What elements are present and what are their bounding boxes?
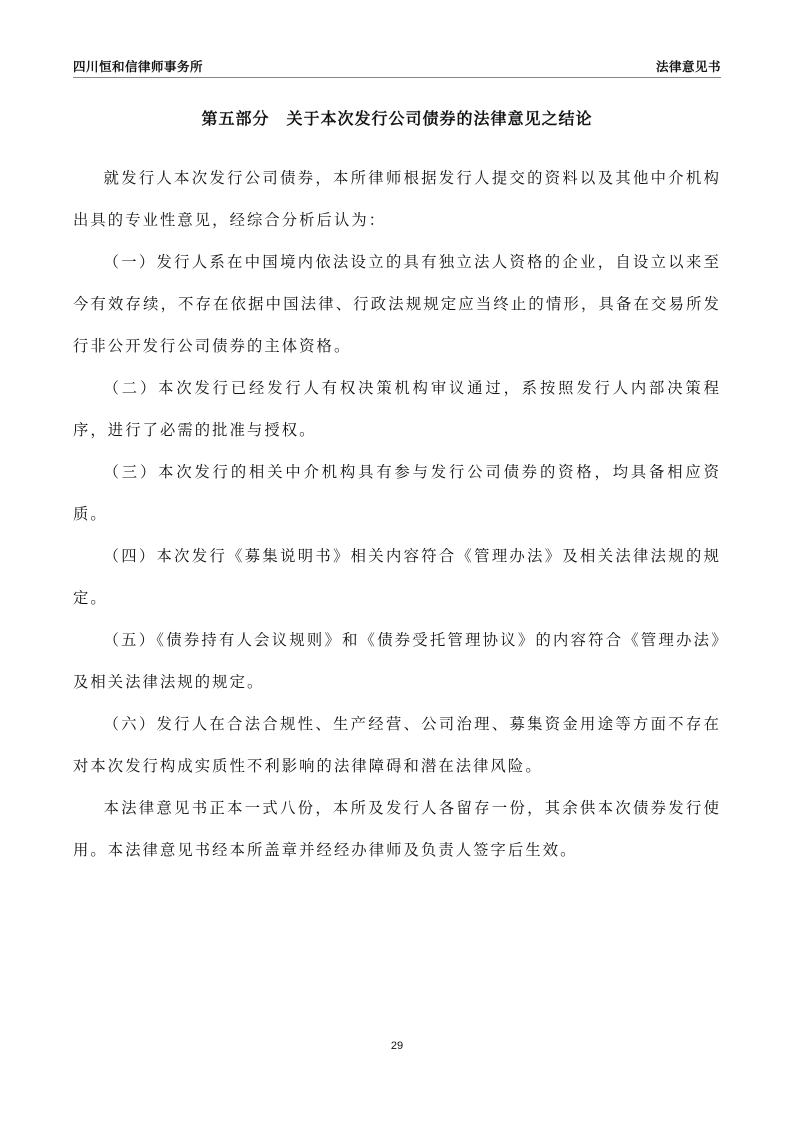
conclusion-item-1: （一）发行人系在中国境内依法设立的具有独立法人资格的企业，自设立以来至今有效存续…	[73, 241, 721, 367]
section-title: 第五部分 关于本次发行公司债券的法律意见之结论	[0, 106, 794, 129]
header-document-type: 法律意见书	[656, 57, 721, 75]
page-number: 29	[0, 1040, 794, 1052]
page-header: 四川恒和信律师事务所 法律意见书	[73, 57, 721, 78]
header-firm-name: 四川恒和信律师事务所	[73, 57, 203, 75]
conclusion-item-3: （三）本次发行的相关中介机构具有参与发行公司债券的资格，均具备相应资质。	[73, 451, 721, 535]
conclusion-item-4: （四）本次发行《募集说明书》相关内容符合《管理办法》及相关法律法规的规定。	[73, 535, 721, 619]
intro-paragraph: 就发行人本次发行公司债券，本所律师根据发行人提交的资料以及其他中介机构出具的专业…	[73, 157, 721, 241]
closing-paragraph: 本法律意见书正本一式八份，本所及发行人各留存一份，其余供本次债券发行使用。本法律…	[73, 787, 721, 871]
conclusion-item-6: （六）发行人在合法合规性、生产经营、公司治理、募集资金用途等方面不存在对本次发行…	[73, 703, 721, 787]
document-body: 就发行人本次发行公司债券，本所律师根据发行人提交的资料以及其他中介机构出具的专业…	[73, 157, 721, 871]
conclusion-item-5: （五）《债券持有人会议规则》和《债券受托管理协议》的内容符合《管理办法》及相关法…	[73, 619, 721, 703]
conclusion-item-2: （二）本次发行已经发行人有权决策机构审议通过，系按照发行人内部决策程序，进行了必…	[73, 367, 721, 451]
